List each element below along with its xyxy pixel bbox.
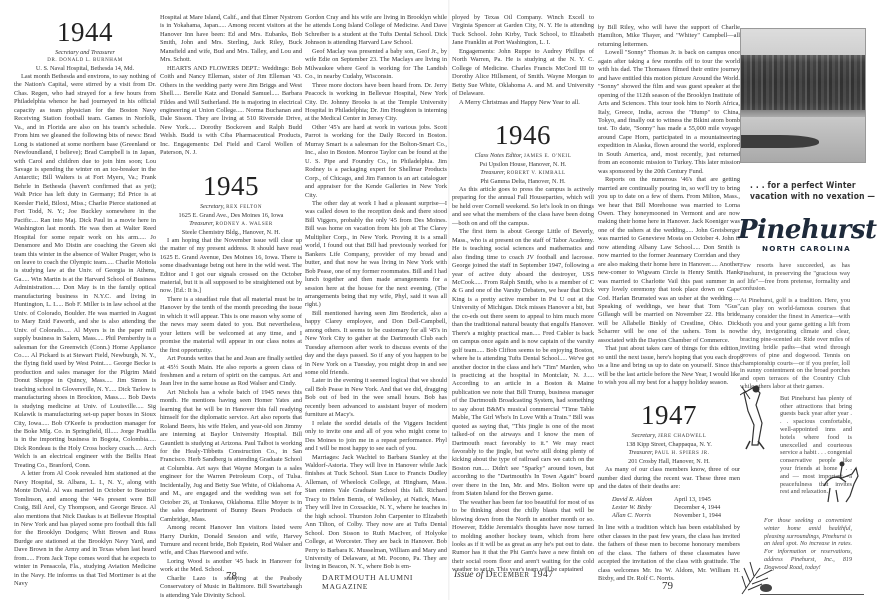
ad-bottom-rule xyxy=(760,594,864,595)
paragraph: Marriages: Jack Wachtel to Barbara Stanl… xyxy=(305,454,447,572)
paragraph: Hospital at Mare Island, Calif., and tha… xyxy=(160,14,302,65)
column-1946: ployed by Texas Oil Company. Winch Excel… xyxy=(452,14,594,575)
officer-name: REX FELTON xyxy=(226,205,262,210)
paragraph: Art Pounds writes that he and Jean are f… xyxy=(160,355,302,389)
horse-rider-illustration-icon xyxy=(820,456,862,506)
ad-tagline: . . . for a perfect Winter vacation with… xyxy=(750,181,851,203)
officer-role: Secretary and Treasurer xyxy=(14,49,156,57)
ad-paragraph: Few resorts have succeeded, as has Pineh… xyxy=(740,262,850,293)
class-year-heading: 1945 xyxy=(160,172,302,200)
officer-address: 138 Kipp Street, Chappaqua, N. Y. xyxy=(598,441,740,449)
officer-block: Class Notes Editor, JAMES E. O'NEIL Psi … xyxy=(452,152,594,186)
ad-tagline-line-2: vacation with no vexation — xyxy=(750,192,851,203)
column-1947: by Bill Riley, who will have the support… xyxy=(598,24,740,584)
paragraph: Three more doctors have been heard from.… xyxy=(305,82,447,124)
officer-name: PAUL H. SPIERS JR. xyxy=(655,451,710,456)
paragraph: A Merry Christmas and Happy New Year to … xyxy=(452,99,594,107)
officer-name: JERE CHADWELL xyxy=(658,434,707,439)
paragraph: Last month Bethesda and environs, to say… xyxy=(14,73,156,470)
officer-address: Steele Chemistry Bldg., Hanover, N. H. xyxy=(160,229,302,237)
paragraph: I am hoping that the November issue will… xyxy=(160,237,302,296)
issue-footer: Issue of December 1947 xyxy=(454,570,553,580)
paragraph: ployed by Texas Oil Company. Winch Excel… xyxy=(452,14,594,48)
paragraph: by Bill Riley, who will have the support… xyxy=(598,24,740,49)
paragraph: The other day at work I had a pleasant s… xyxy=(305,200,447,310)
page-number: 78 xyxy=(226,570,237,582)
paragraph: Geof Maclay was presented a baby son, Ge… xyxy=(305,48,447,82)
class-year-heading: 1944 xyxy=(14,18,156,46)
column-2: Hospital at Mare Island, Calif., and tha… xyxy=(160,14,302,600)
ad-paragraph: At Pinehurst, golf is a tradition. Here,… xyxy=(740,297,850,391)
magazine-footer: DARTMOUTH ALUMNI MAGAZINE xyxy=(322,573,448,591)
officer-address: 201 Crosby Hall, Hanover, N. H. xyxy=(598,458,740,466)
memorial-name: Lester W. Bixby xyxy=(612,504,674,512)
paragraph: Among recent Hanover Inn visitors listed… xyxy=(160,524,302,558)
officer-name: RODNEY A. WALSER xyxy=(216,222,273,227)
officer-address: U. S. Naval Hospital, Bethesda 14, Md. xyxy=(14,65,156,73)
pinehurst-location: NORTH CAROLINA xyxy=(762,244,868,253)
paragraph: A letter from Al Cook revealed him stati… xyxy=(14,470,156,588)
memorial-row: David R. AldomApril 13, 1945 xyxy=(612,496,740,504)
page-number: 79 xyxy=(662,580,673,592)
golf-course-photo xyxy=(740,28,866,163)
paragraph: Gordon Cray and his wife are living in B… xyxy=(305,14,447,48)
officer-name: JAMES E. O'NEIL xyxy=(524,154,572,159)
pinehurst-advertisement: . . . for a perfect Winter vacation with… xyxy=(740,28,868,568)
memorial-date: April 13, 1945 xyxy=(674,496,711,504)
memorial-date: November 1, 1944 xyxy=(674,512,721,520)
officer-role: Secretary, xyxy=(632,432,657,439)
paragraph: Art Nichols has a whole batch of 1945 ne… xyxy=(160,389,302,524)
officer-role: Class Notes Editor, xyxy=(475,152,523,159)
officer-block: Secretary and Treasurer DR. DONALD L. BU… xyxy=(14,49,156,73)
paragraph: In line with a tradition which has been … xyxy=(598,524,740,583)
paragraph: As this article goes to press the campus… xyxy=(452,186,594,228)
paragraph: I relate the sordid details of the Vigge… xyxy=(305,420,447,454)
column-3: Gordon Cray and his wife are living in B… xyxy=(305,14,447,572)
class-year-heading: 1947 xyxy=(598,401,740,429)
officer-role: Treasurer, xyxy=(628,449,653,456)
paragraph: As many of our class members know, three… xyxy=(598,466,740,491)
column-1944: 1944 Secretary and Treasurer DR. DONALD … xyxy=(14,14,156,589)
page-78: 1944 Secretary and Treasurer DR. DONALD … xyxy=(0,0,448,600)
pinehurst-logo: Pinehurst xyxy=(738,217,868,243)
paragraph: Lowell "Sonny" Thomas Jr. is back on cam… xyxy=(598,49,740,176)
class-year-heading: 1946 xyxy=(452,121,594,149)
paragraph: HEARTS AND FLOWERS DEPT.: Weddings: Bob … xyxy=(160,65,302,158)
memorial-name: David R. Aldom xyxy=(612,496,674,504)
issue-of: of xyxy=(476,570,483,580)
officer-role: Secretary, xyxy=(200,203,225,210)
paragraph: That just about takes care of things for… xyxy=(598,345,740,387)
officer-address: Phi Gamma Delta, Hanover, N. H. xyxy=(452,178,594,186)
paragraph: Engagements: John Ruppe to Audrey Philli… xyxy=(452,48,594,99)
pine-branch-illustration-icon xyxy=(740,548,780,596)
paragraph: Reports on the numerous '46's that are g… xyxy=(598,176,740,345)
memorial-row: Lester W. BixbyDecember 4, 1944 xyxy=(612,504,740,512)
paragraph: There is a steadfast rule that all mater… xyxy=(160,296,302,355)
issue-label: Issue xyxy=(454,570,474,580)
officer-address: 1625 E. Grand Ave., Des Moines 16, Iowa xyxy=(160,212,302,220)
memorial-list: David R. AldomApril 13, 1945 Lester W. B… xyxy=(612,496,740,521)
ad-tagline-line-1: . . . for a perfect Winter xyxy=(750,181,851,192)
paragraph: Later in the evening it seemed logical t… xyxy=(305,377,447,419)
issue-date: December 1947 xyxy=(486,570,554,580)
officer-name: DR. DONALD L. BURNHAM xyxy=(14,57,156,65)
officer-block: Secretary, JERE CHADWELL 138 Kipp Street… xyxy=(598,432,740,466)
paragraph: Other '45's are hard at work in various … xyxy=(305,124,447,200)
officer-name: ROBERT V. KIMBALL xyxy=(507,171,566,176)
golfer-illustration-icon xyxy=(740,383,776,451)
paragraph: The weather has been far too beautiful f… xyxy=(452,499,594,575)
memorial-row: Allan C. NorrisNovember 1, 1944 xyxy=(612,512,740,520)
officer-address: Psi Upsilon House, Hanover, N. H. xyxy=(452,161,594,169)
officer-block: Secretary, REX FELTON 1625 E. Grand Ave.… xyxy=(160,203,302,237)
officer-role: Treasurer, xyxy=(189,220,214,227)
memorial-name: Allan C. Norris xyxy=(612,512,674,520)
officer-role: Treasurer, xyxy=(480,169,505,176)
memorial-date: December 4, 1944 xyxy=(674,504,720,512)
paragraph: Bill mentioned having seen Jim Broderick… xyxy=(305,310,447,378)
paragraph: The first item is about George Little of… xyxy=(452,228,594,499)
